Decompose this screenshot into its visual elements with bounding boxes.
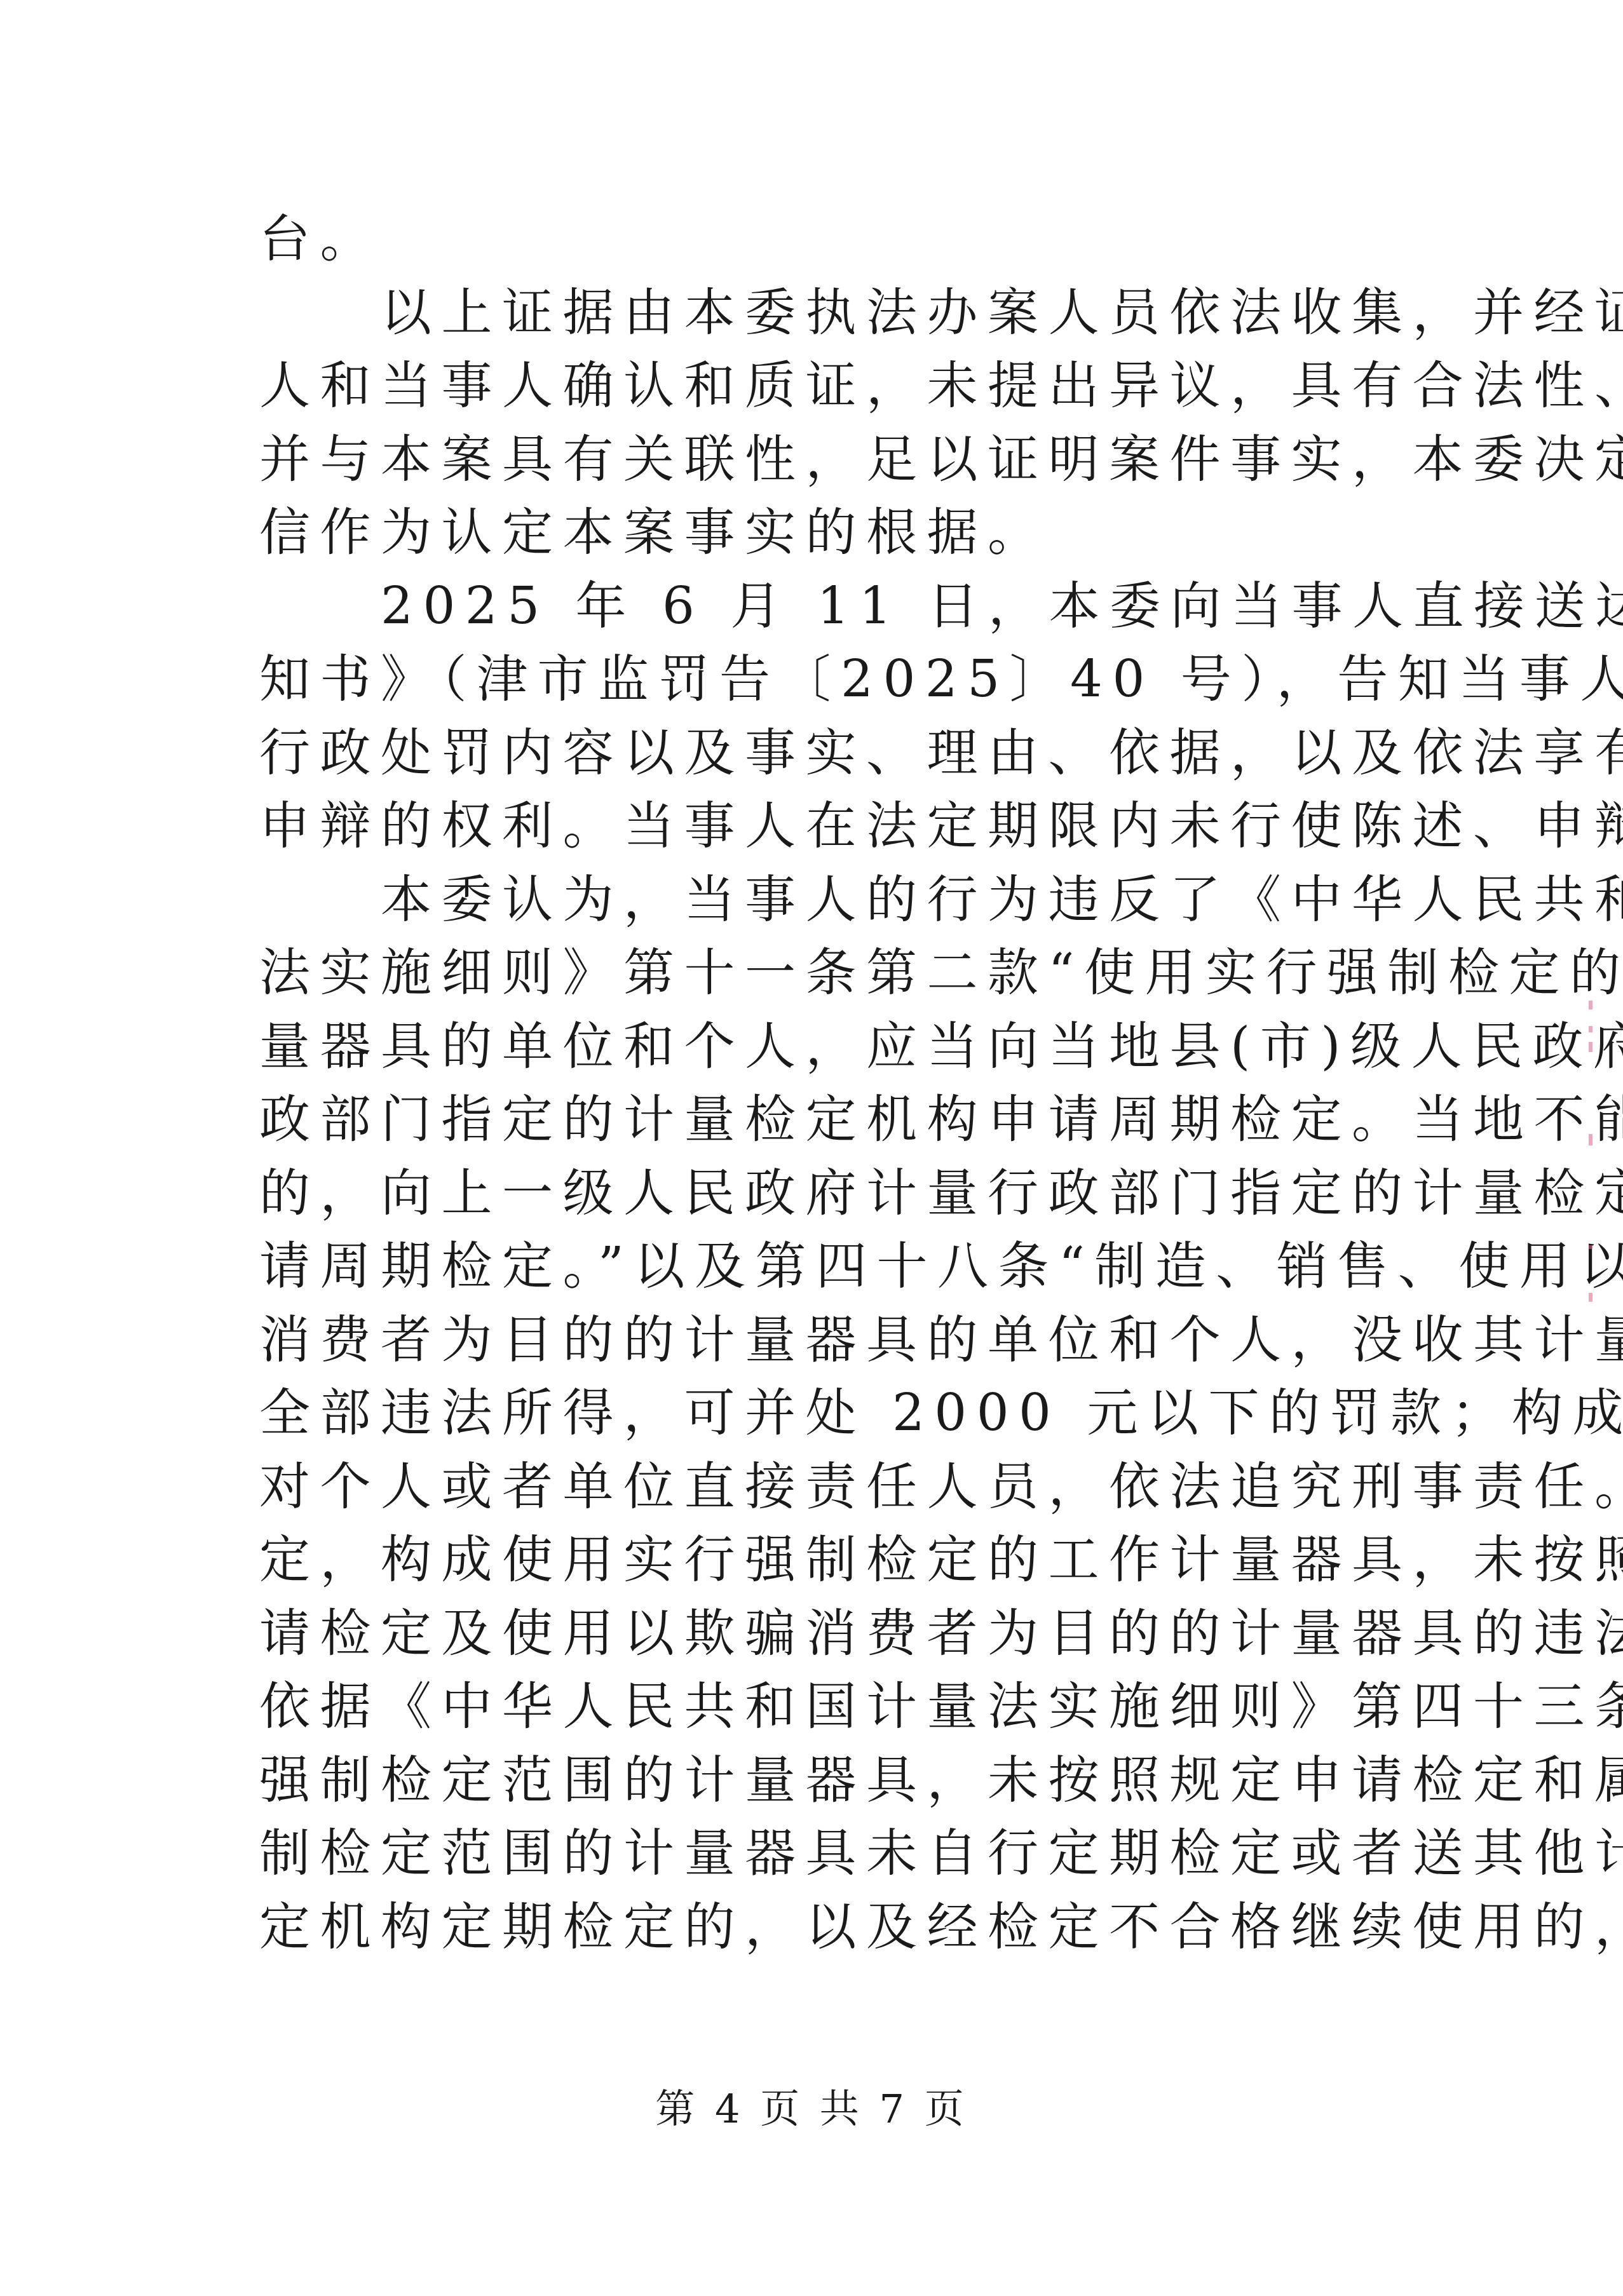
- text-line: 依据《中华人民共和国计量法实施细则》第四十三条“属于: [259, 1670, 1365, 1743]
- text-line: 信作为认定本案事实的根据。: [259, 496, 1365, 569]
- text-line: 知书》（津市监罚告〔2025〕40 号），告知当事人拟作出的: [259, 642, 1365, 716]
- text-line: 定机构定期检定的，以及经检定不合格继续使用的，责令其: [259, 1890, 1365, 1964]
- text-line: 以上证据由本委执法办案人员依法收集，并经证据提供: [259, 276, 1365, 349]
- seal-edge-mark: [1589, 1245, 1592, 1249]
- text-line: 对个人或者单位直接责任人员，依法追究刑事责任。”的规: [259, 1450, 1365, 1523]
- text-line: 请检定及使用以欺骗消费者为目的的计量器具的违法行为。: [259, 1597, 1365, 1670]
- text-line: 的，向上一级人民政府计量行政部门指定的计量检定机构申: [259, 1156, 1365, 1230]
- text-line: 请周期检定。”以及第四十八条“制造、销售、使用以欺骗: [259, 1229, 1365, 1303]
- text-line: 行政处罚内容以及事实、理由、依据，以及依法享有陈述、: [259, 716, 1365, 790]
- text-line: 制检定范围的计量器具未自行定期检定或者送其他计量检: [259, 1816, 1365, 1890]
- body-text: 台。 以上证据由本委执法办案人员依法收集，并经证据提供 人和当事人确认和质证，未…: [259, 202, 1365, 1963]
- text-line: 本委认为，当事人的行为违反了《中华人民共和国计量: [259, 863, 1365, 936]
- text-line: 全部违法所得，可并处 2000 元以下的罚款；构成犯罪的，: [259, 1376, 1365, 1450]
- text-line: 量器具的单位和个人，应当向当地县(市)级人民政府计量行: [259, 1010, 1365, 1083]
- text-line: 法实施细则》第十一条第二款“使用实行强制检定的工作计: [259, 936, 1365, 1010]
- text-line: 消费者为目的的计量器具的单位和个人，没收其计量器具和: [259, 1303, 1365, 1377]
- seal-edge-mark: [1589, 1026, 1592, 1032]
- seal-edge-mark: [1589, 1001, 1592, 1010]
- seal-edge-mark: [1589, 1134, 1592, 1145]
- document-page: 台。 以上证据由本委执法办案人员依法收集，并经证据提供 人和当事人确认和质证，未…: [0, 0, 1623, 2296]
- text-line: 强制检定范围的计量器具，未按照规定申请检定和属于非强: [259, 1743, 1365, 1817]
- seal-edge-mark: [1589, 1042, 1592, 1052]
- text-line: 并与本案具有关联性，足以证明案件事实，本委决定予以采: [259, 422, 1365, 496]
- text-line: 台。: [259, 202, 1365, 276]
- text-line: 申辩的权利。当事人在法定期限内未行使陈述、申辩权。: [259, 789, 1365, 863]
- text-line: 定，构成使用实行强制检定的工作计量器具，未按照规定申: [259, 1523, 1365, 1597]
- text-line: 政部门指定的计量检定机构申请周期检定。当地不能检定: [259, 1083, 1365, 1156]
- seal-edge-mark: [1589, 1293, 1592, 1302]
- text-line: 2025 年 6 月 11 日，本委向当事人直接送达《行政处罚告: [259, 569, 1365, 643]
- text-line: 人和当事人确认和质证，未提出异议，具有合法性、客观性，: [259, 349, 1365, 422]
- page-number: 第 4 页 共 7 页: [0, 2077, 1623, 2134]
